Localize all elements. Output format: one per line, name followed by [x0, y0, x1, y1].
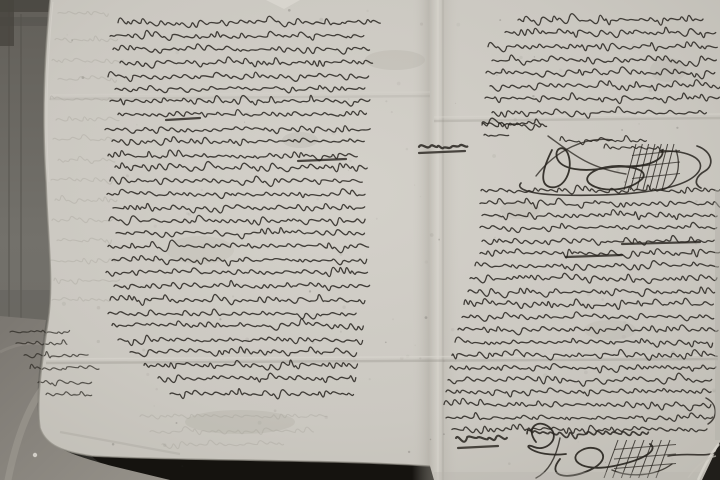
- paper-speckle: [87, 368, 88, 369]
- paper-speckle: [316, 198, 319, 201]
- paper-speckle: [153, 405, 154, 406]
- paper-speckle: [126, 174, 129, 177]
- paper-speckle: [254, 229, 255, 230]
- paper-speckle: [186, 212, 189, 215]
- paper-speckle: [210, 65, 211, 66]
- paper-speckle: [342, 306, 345, 309]
- paper-speckle: [419, 357, 421, 359]
- paper-speckle: [420, 23, 423, 26]
- paper-fleck: [219, 318, 221, 320]
- paper-speckle: [349, 160, 352, 163]
- paper-sheet: [39, 0, 720, 480]
- paper-fleck: [430, 439, 432, 441]
- paper-fleck: [385, 341, 387, 343]
- paper-speckle: [348, 170, 349, 171]
- paper-fleck: [408, 451, 410, 453]
- paper-fleck: [244, 122, 245, 123]
- paper-fleck: [425, 316, 428, 319]
- paper-speckle: [385, 100, 387, 102]
- paper-speckle: [580, 273, 582, 275]
- paper-speckle: [414, 344, 416, 346]
- paper-speckle: [613, 30, 617, 34]
- paper-speckle: [601, 298, 604, 301]
- paper-speckle: [97, 306, 100, 309]
- right-edge-shade: [715, 190, 720, 440]
- paper-speckle: [136, 124, 138, 126]
- paper-speckle: [451, 328, 454, 331]
- paper-speckle: [455, 103, 456, 104]
- paper-speckle: [274, 409, 277, 412]
- paper-speckle: [584, 371, 588, 375]
- paper-fleck: [496, 74, 497, 75]
- paper-fleck: [621, 129, 623, 131]
- paper-speckle: [695, 200, 698, 203]
- paper-speckle: [232, 295, 234, 297]
- paper-fleck: [676, 127, 678, 129]
- paper-speckle: [376, 218, 378, 220]
- paper-fleck: [534, 56, 535, 57]
- paper-speckle: [369, 378, 371, 380]
- paper-speckle: [425, 260, 428, 263]
- paper-speckle: [316, 71, 318, 73]
- paper-speckle: [577, 441, 578, 442]
- paper-fleck: [532, 95, 534, 97]
- paper-speckle: [616, 168, 619, 171]
- paper-speckle: [348, 98, 350, 100]
- paper-speckle: [661, 312, 663, 314]
- paper-speckle: [181, 465, 183, 467]
- gutter-shading: [412, 0, 460, 480]
- paper-speckle: [300, 246, 303, 249]
- manuscript-svg: [0, 0, 720, 480]
- paper-speckle: [671, 458, 673, 460]
- paper-speckle: [142, 349, 145, 352]
- paper-speckle: [492, 154, 496, 158]
- paper-fleck: [176, 422, 178, 424]
- paper-speckle: [508, 462, 511, 465]
- paper-speckle: [366, 10, 368, 12]
- paper-speckle: [519, 56, 522, 59]
- paper-speckle: [420, 196, 421, 197]
- paper-fleck: [605, 462, 606, 463]
- drape-glint: [33, 453, 37, 457]
- paper-speckle: [67, 34, 68, 35]
- paper-speckle: [510, 48, 512, 50]
- paper-speckle: [319, 18, 323, 22]
- paper-fleck: [498, 201, 499, 202]
- paper-speckle: [146, 373, 149, 376]
- paper-speckle: [340, 331, 342, 333]
- paper-speckle: [391, 111, 393, 113]
- paper-speckle: [638, 123, 640, 125]
- paper-stain: [584, 320, 636, 340]
- paper-speckle: [494, 237, 496, 239]
- paper-speckle: [430, 233, 434, 237]
- paper-speckle: [414, 185, 415, 186]
- paper-fill: [39, 0, 720, 480]
- paper-fleck: [309, 290, 311, 292]
- manuscript-scan: [0, 0, 720, 480]
- paper-fleck: [112, 443, 115, 446]
- paper-speckle: [268, 248, 269, 249]
- paper-fleck: [288, 9, 291, 12]
- bottom-page-shade: [434, 472, 720, 480]
- board-corner-dark: [0, 0, 14, 46]
- paper-speckle: [406, 148, 408, 150]
- paper-speckle: [527, 374, 529, 376]
- paper-speckle: [313, 314, 315, 316]
- paper-speckle: [62, 302, 66, 306]
- paper-speckle: [201, 189, 203, 191]
- paper-speckle: [456, 23, 460, 27]
- paper-speckle: [392, 318, 394, 320]
- paper-fleck: [499, 19, 501, 21]
- paper-speckle: [559, 69, 562, 72]
- paper-speckle: [175, 51, 178, 54]
- paper-stain: [365, 50, 425, 70]
- paper-speckle: [97, 340, 100, 343]
- paper-speckle: [700, 217, 702, 219]
- paper-speckle: [155, 388, 158, 391]
- paper-speckle: [154, 224, 157, 227]
- paper-speckle: [397, 82, 401, 86]
- paper-speckle: [649, 89, 653, 93]
